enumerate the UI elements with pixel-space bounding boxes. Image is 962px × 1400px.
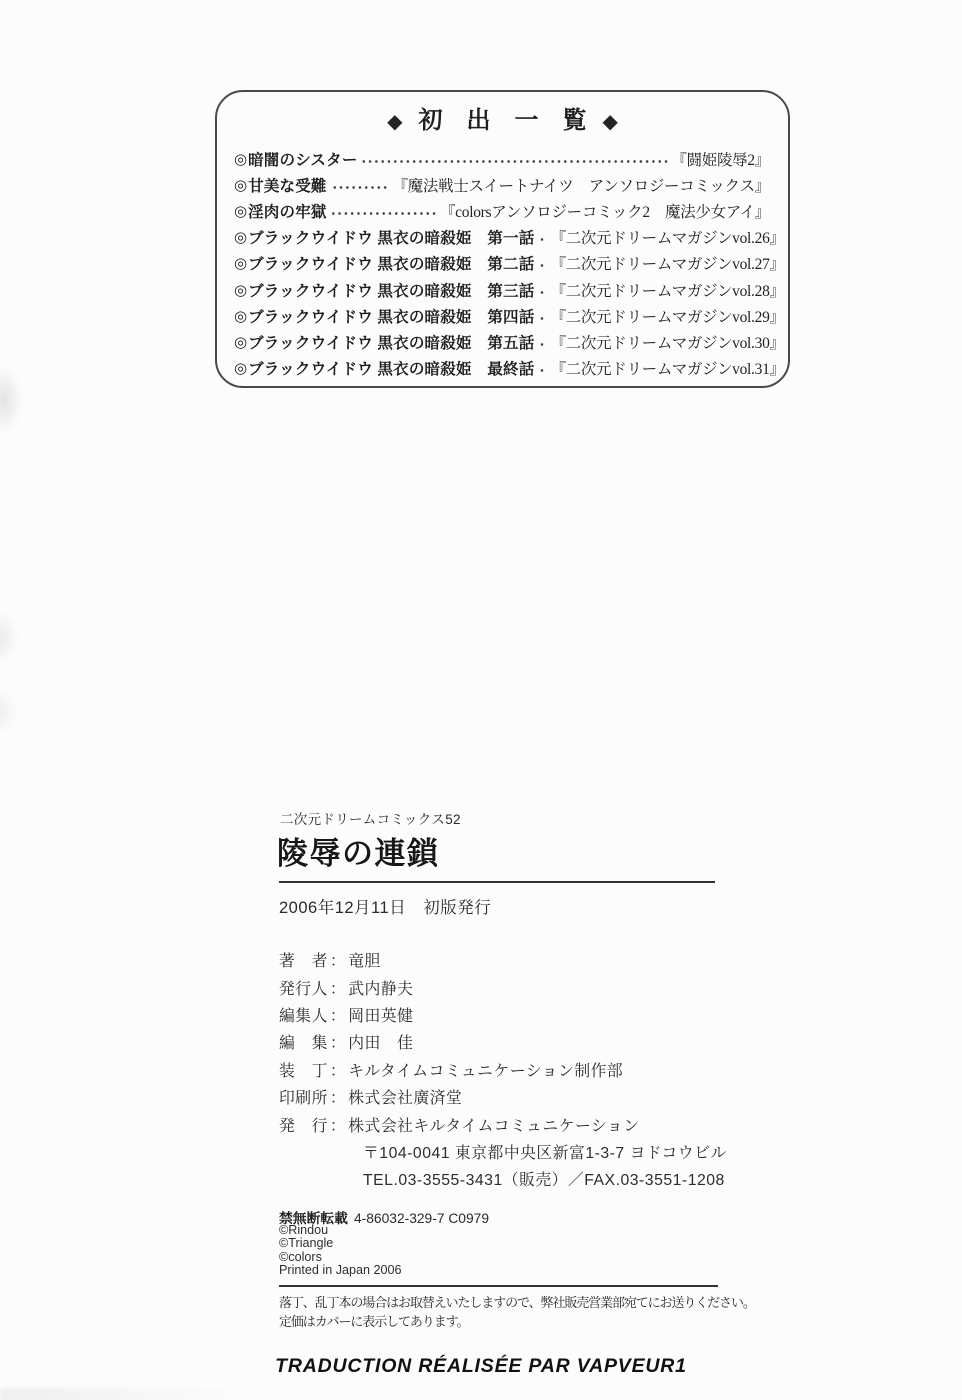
bullet-icon: ◎ [234,254,247,272]
dot-leader [537,290,547,295]
dot-leader [537,368,547,373]
credit-separator: ： [330,976,346,999]
work-source: 『二次元ドリームマガジンvol.26』 [550,226,784,248]
credit-separator: ： [330,1030,346,1053]
credit-value: 竜胆 [348,948,381,971]
policy-line: 定価はカバーに表示してあります。 [279,1313,755,1332]
list-item: ◎ 淫肉の牢獄 『colorsアンソロジーコミック2 魔法少女アイ』 [234,198,770,224]
credit-label: 著 者 [279,948,328,971]
work-title: 甘美な受難 [248,174,327,196]
diamond-icon: ◆ [387,111,402,131]
credits-block: 著 者：竜胆 発行人：武内静夫 編集人：岡田英健 編 集：内田 佳 装 丁：キル… [279,946,727,1193]
credit-row: 印刷所：株式会社廣済堂 [279,1083,727,1110]
translation-credit: TRADUCTION RÉALISÉE PAR VAPVEUR1 [0,1355,962,1378]
credit-row: 発行人：武内静夫 [279,973,727,1000]
bullet-icon: ◎ [234,176,247,194]
dot-leader [537,237,547,242]
work-title: 暗闇のシスター [248,148,357,170]
dot-leader [537,316,547,321]
scan-artifact [0,688,16,734]
credit-label: 編集人 [279,1003,328,1026]
credit-label: 発行人 [279,976,328,999]
credit-row: 著 者：竜胆 [279,946,727,973]
credit-separator: ： [330,1113,346,1136]
list-item: ◎ 暗闇のシスター 『闘姫陵辱2』 [234,146,770,172]
work-source: 『二次元ドリームマガジンvol.31』 [550,357,784,379]
bullet-icon: ◎ [234,202,247,220]
first-publication-heading: ◆ 初出一覧 ◆ [217,109,788,133]
credit-separator: ： [330,1058,346,1081]
bullet-icon: ◎ [234,333,247,351]
credit-value: 株式会社廣済堂 [348,1085,462,1108]
credit-separator: ： [330,1003,346,1026]
list-item: ◎ ブラックウイドウ 黒衣の暗殺姫 最終話 『二次元ドリームマガジンvol.31… [234,355,770,381]
divider [279,881,715,883]
book-title: 陵辱の連鎖 [277,828,440,873]
credit-label: 編 集 [279,1030,328,1053]
dot-leader [537,342,547,347]
work-title: ブラックウイドウ 黒衣の暗殺姫 最終話 [248,357,534,379]
bullet-icon: ◎ [234,307,247,325]
bullet-icon: ◎ [234,359,247,377]
work-source: 『二次元ドリームマガジンvol.30』 [550,331,784,353]
work-title: ブラックウイドウ 黒衣の暗殺姫 第三話 [248,279,534,301]
list-item: ◎ ブラックウイドウ 黒衣の暗殺姫 第三話 『二次元ドリームマガジンvol.28… [234,276,770,302]
dot-leader [330,185,390,190]
copyright-line: ©Triangle [279,1237,402,1250]
credit-value: 岡田英健 [348,1003,413,1026]
credit-row: 装 丁：キルタイムコミュニケーション制作部 [279,1056,727,1083]
credit-label: 発 行 [279,1113,328,1136]
list-item: ◎ 甘美な受難 『魔法戦士スイートナイツ アンソロジーコミックス』 [234,172,770,198]
credit-separator: ： [330,948,346,971]
bullet-icon: ◎ [234,150,247,168]
diamond-icon: ◆ [603,111,618,131]
copyright-line: ©colors [279,1251,402,1264]
first-publication-box: ◆ 初出一覧 ◆ ◎ 暗闇のシスター 『闘姫陵辱2』 ◎ 甘美な受難 『魔法戦士… [215,90,790,388]
bullet-icon: ◎ [234,281,247,299]
credit-row: 編 集：内田 佳 [279,1028,727,1055]
list-item: ◎ ブラックウイドウ 黒衣の暗殺姫 第五話 『二次元ドリームマガジンvol.30… [234,329,770,355]
credit-value: 株式会社キルタイムコミュニケーション [348,1113,639,1136]
return-policy: 落丁、乱丁本の場合はお取替えいたしますので、弊社販売営業部宛てにお送りください。… [279,1294,755,1331]
credit-value: 武内静夫 [348,976,413,999]
dot-leader [361,159,669,164]
list-item: ◎ ブラックウイドウ 黒衣の暗殺姫 第四話 『二次元ドリームマガジンvol.29… [234,303,770,329]
work-source: 『二次元ドリームマガジンvol.28』 [550,279,784,301]
dot-leader [537,263,547,268]
first-publication-title: 初出一覧 [419,109,611,133]
publisher-phone: TEL.03-3555-3431（販売）／FAX.03-3551-1208 [363,1165,727,1192]
work-source: 『二次元ドリームマガジンvol.27』 [550,252,784,274]
copyright-block: ©Rindou ©Triangle ©colors Printed in Jap… [279,1224,402,1278]
list-item: ◎ ブラックウイドウ 黒衣の暗殺姫 第一話 『二次元ドリームマガジンvol.26… [234,224,770,250]
work-title: ブラックウイドウ 黒衣の暗殺姫 第四話 [248,305,534,327]
scanned-colophon-page: ◆ 初出一覧 ◆ ◎ 暗闇のシスター 『闘姫陵辱2』 ◎ 甘美な受難 『魔法戦士… [0,0,962,1400]
dot-leader [330,211,437,216]
work-source: 『二次元ドリームマガジンvol.29』 [550,305,784,327]
series-label: 二次元ドリームコミックス52 [280,808,461,828]
work-title: ブラックウイドウ 黒衣の暗殺姫 第五話 [248,331,534,353]
work-source: 『闘姫陵辱2』 [671,148,770,170]
scan-artifact [0,610,18,665]
publisher-address: 〒104-0041 東京都中央区新富1-3-7 ヨドコウビル [363,1138,727,1165]
work-title: ブラックウイドウ 黒衣の暗殺姫 第一話 [248,226,534,248]
credit-row: 編集人：岡田英健 [279,1001,727,1028]
credit-value: キルタイムコミュニケーション制作部 [348,1058,623,1081]
edition-date: 2006年12月11日 初版発行 [279,894,491,918]
credit-row: 発 行：株式会社キルタイムコミュニケーション [279,1110,727,1137]
first-publication-list: ◎ 暗闇のシスター 『闘姫陵辱2』 ◎ 甘美な受難 『魔法戦士スイートナイツ ア… [234,146,770,381]
credit-value: 内田 佳 [348,1030,413,1053]
bullet-icon: ◎ [234,228,247,246]
scan-artifact [0,1388,250,1400]
work-source: 『colorsアンソロジーコミック2 魔法少女アイ』 [440,200,770,222]
credit-label: 印刷所 [279,1085,328,1108]
credit-separator: ： [330,1085,346,1108]
work-source: 『魔法戦士スイートナイツ アンソロジーコミックス』 [392,174,770,196]
printed-note: Printed in Japan 2006 [279,1264,402,1277]
work-title: 淫肉の牢獄 [248,200,327,222]
divider [279,1285,718,1287]
credit-label: 装 丁 [279,1058,328,1081]
work-title: ブラックウイドウ 黒衣の暗殺姫 第二話 [248,252,534,274]
policy-line: 落丁、乱丁本の場合はお取替えいたしますので、弊社販売営業部宛てにお送りください。 [279,1294,755,1313]
list-item: ◎ ブラックウイドウ 黒衣の暗殺姫 第二話 『二次元ドリームマガジンvol.27… [234,250,770,276]
copyright-line: ©Rindou [279,1224,402,1237]
scan-artifact [0,365,22,435]
